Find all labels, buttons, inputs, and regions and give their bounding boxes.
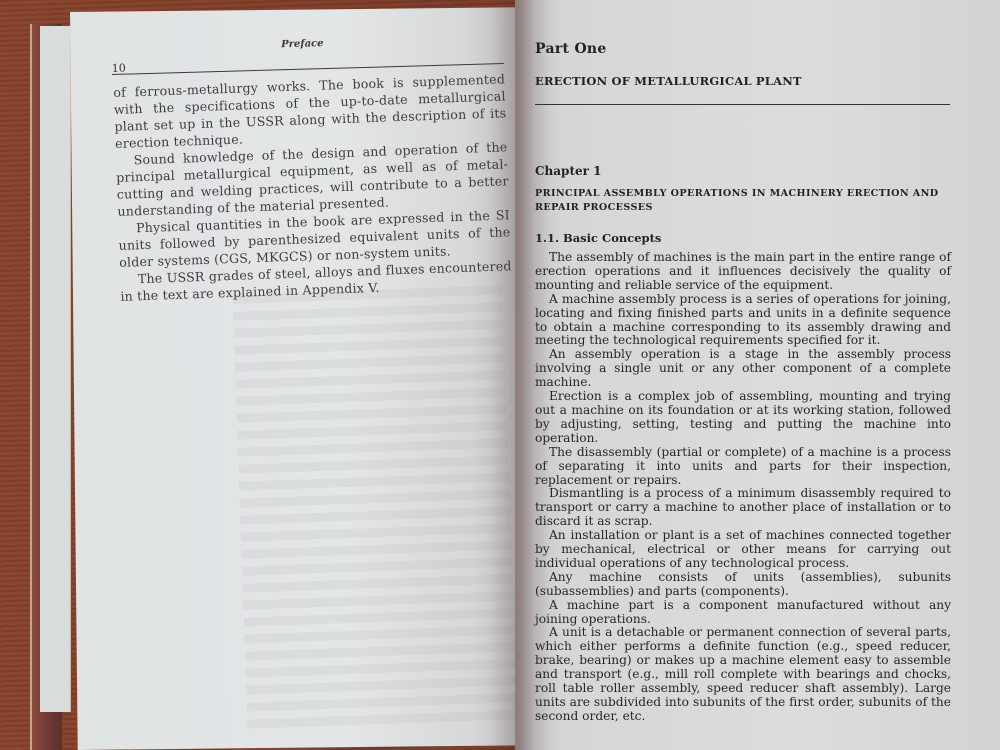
section-title: 1.1. Basic Concepts [535, 231, 661, 245]
left-page-body: of ferrous-metallurgy works. The book is… [113, 70, 512, 305]
paragraph: An assembly operation is a stage in the … [535, 348, 951, 390]
paragraph: An installation or plant is a set of mac… [535, 529, 951, 571]
paragraph: A machine part is a component manufactur… [535, 599, 951, 627]
running-title: Preface [281, 38, 324, 50]
page-edge-strip [40, 26, 71, 712]
paragraph: The disassembly (partial or complete) of… [535, 446, 951, 488]
paragraph: A unit is a detachable or permanent conn… [535, 626, 951, 723]
part-title: Part One [535, 41, 607, 57]
chapter-label: Chapter 1 [535, 164, 601, 178]
part-rule [535, 104, 950, 105]
chapter-title: PRINCIPAL ASSEMBLY OPERATIONS IN MACHINE… [535, 187, 950, 215]
paragraph: A machine assembly process is a series o… [535, 293, 951, 349]
paragraph: The assembly of machines is the main par… [535, 251, 951, 293]
paragraph: Any machine consists of units (assemblie… [535, 571, 951, 599]
paragraph: Dismantling is a process of a minimum di… [535, 487, 951, 529]
right-page-body: The assembly of machines is the main par… [535, 251, 951, 724]
show-through-text [232, 285, 517, 734]
paragraph: Erection is a complex job of assembling,… [535, 390, 951, 446]
part-subtitle: ERECTION OF METALLURGICAL PLANT [535, 74, 802, 88]
